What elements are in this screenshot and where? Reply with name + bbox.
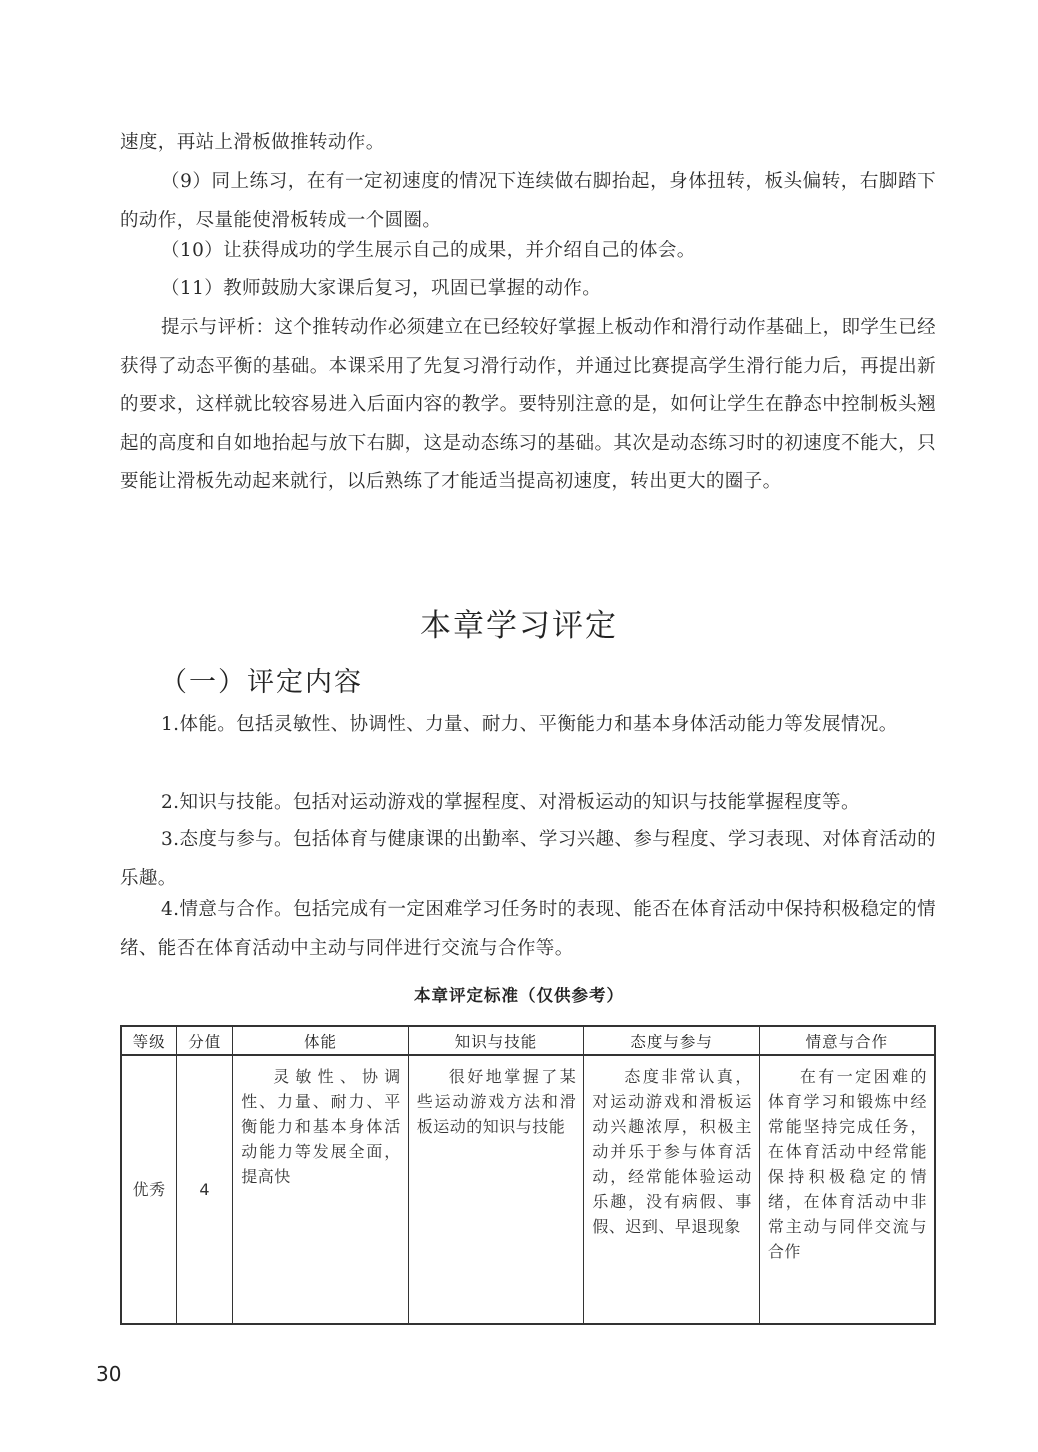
- cell-score: 4: [177, 1055, 233, 1324]
- paragraph-tips-and-review: 提示与评析：这个推转动作必须建立在已经较好掌握上板动作和滑行动作基础上，即学生已…: [120, 309, 936, 502]
- cell-knowledge: 很好地掌握了某些运动游戏方法和滑板运动的知识与技能: [408, 1055, 584, 1324]
- assessment-item-knowledge: 2.知识与技能。包括对运动游戏的掌握程度、对滑板运动的知识与技能掌握程度等。: [120, 784, 936, 823]
- paragraph-step-10: （10）让获得成功的学生展示自己的成果，并介绍自己的体会。: [120, 232, 936, 271]
- assessment-item-attitude: 3.态度与参与。包括体育与健康课的出勤率、学习兴趣、参与程度、学习表现、对体育活…: [120, 821, 936, 898]
- page-number: 30: [96, 1362, 121, 1386]
- cell-grade: 优秀: [121, 1055, 177, 1324]
- cell-attitude: 态度非常认真，对运动游戏和滑板运动兴趣浓厚，积极主动并乐于参与体育活动，经常能体…: [584, 1055, 760, 1324]
- table-row: 优秀 4 灵敏性、协调性、力量、耐力、平衡能力和基本身体活动能力等发展全面，提高…: [121, 1055, 935, 1324]
- cell-knowledge-text: 很好地掌握了某些运动游戏方法和滑板运动的知识与技能: [417, 1064, 577, 1139]
- header-fitness: 体能: [233, 1026, 409, 1055]
- header-grade: 等级: [121, 1026, 177, 1055]
- assessment-item-fitness: 1.体能。包括灵敏性、协调性、力量、耐力、平衡能力和基本身体活动能力等发展情况。: [120, 706, 936, 745]
- chapter-title: 本章学习评定: [0, 600, 1038, 645]
- table-header-row: 等级 分值 体能 知识与技能 态度与参与 情意与合作: [121, 1026, 935, 1055]
- paragraph-step-11: （11）教师鼓励大家课后复习，巩固已掌握的动作。: [120, 270, 936, 309]
- cell-emotion-text: 在有一定困难的体育学习和锻炼中经常能坚持完成任务，在体育活动中经常能保持积极稳定…: [768, 1064, 927, 1264]
- section-title: （一）评定内容: [160, 660, 363, 699]
- cell-emotion: 在有一定困难的体育学习和锻炼中经常能坚持完成任务，在体育活动中经常能保持积极稳定…: [759, 1055, 935, 1324]
- cell-fitness: 灵敏性、协调性、力量、耐力、平衡能力和基本身体活动能力等发展全面，提高快: [233, 1055, 409, 1324]
- cell-attitude-text: 态度非常认真，对运动游戏和滑板运动兴趣浓厚，积极主动并乐于参与体育活动，经常能体…: [592, 1064, 752, 1239]
- table-caption: 本章评定标准（仅供参考）: [0, 982, 1038, 1006]
- paragraph-step-9: （9）同上练习，在有一定初速度的情况下连续做右脚抬起，身体扭转，板头偏转，右脚踏…: [120, 163, 936, 240]
- header-attitude-participation: 态度与参与: [584, 1026, 760, 1055]
- document-page: 速度，再站上滑板做推转动作。 （9）同上练习，在有一定初速度的情况下连续做右脚抬…: [0, 0, 1038, 1452]
- paragraph-continuation: 速度，再站上滑板做推转动作。: [120, 124, 936, 163]
- cell-fitness-text: 灵敏性、协调性、力量、耐力、平衡能力和基本身体活动能力等发展全面，提高快: [241, 1064, 401, 1189]
- header-knowledge-skills: 知识与技能: [408, 1026, 584, 1055]
- header-score: 分值: [177, 1026, 233, 1055]
- assessment-standard-table: 等级 分值 体能 知识与技能 态度与参与 情意与合作 优秀 4 灵敏性、协调性、…: [120, 1025, 936, 1325]
- assessment-item-emotion: 4.情意与合作。包括完成有一定困难学习任务时的表现、能否在体育活动中保持积极稳定…: [120, 891, 936, 968]
- header-emotion-cooperation: 情意与合作: [759, 1026, 935, 1055]
